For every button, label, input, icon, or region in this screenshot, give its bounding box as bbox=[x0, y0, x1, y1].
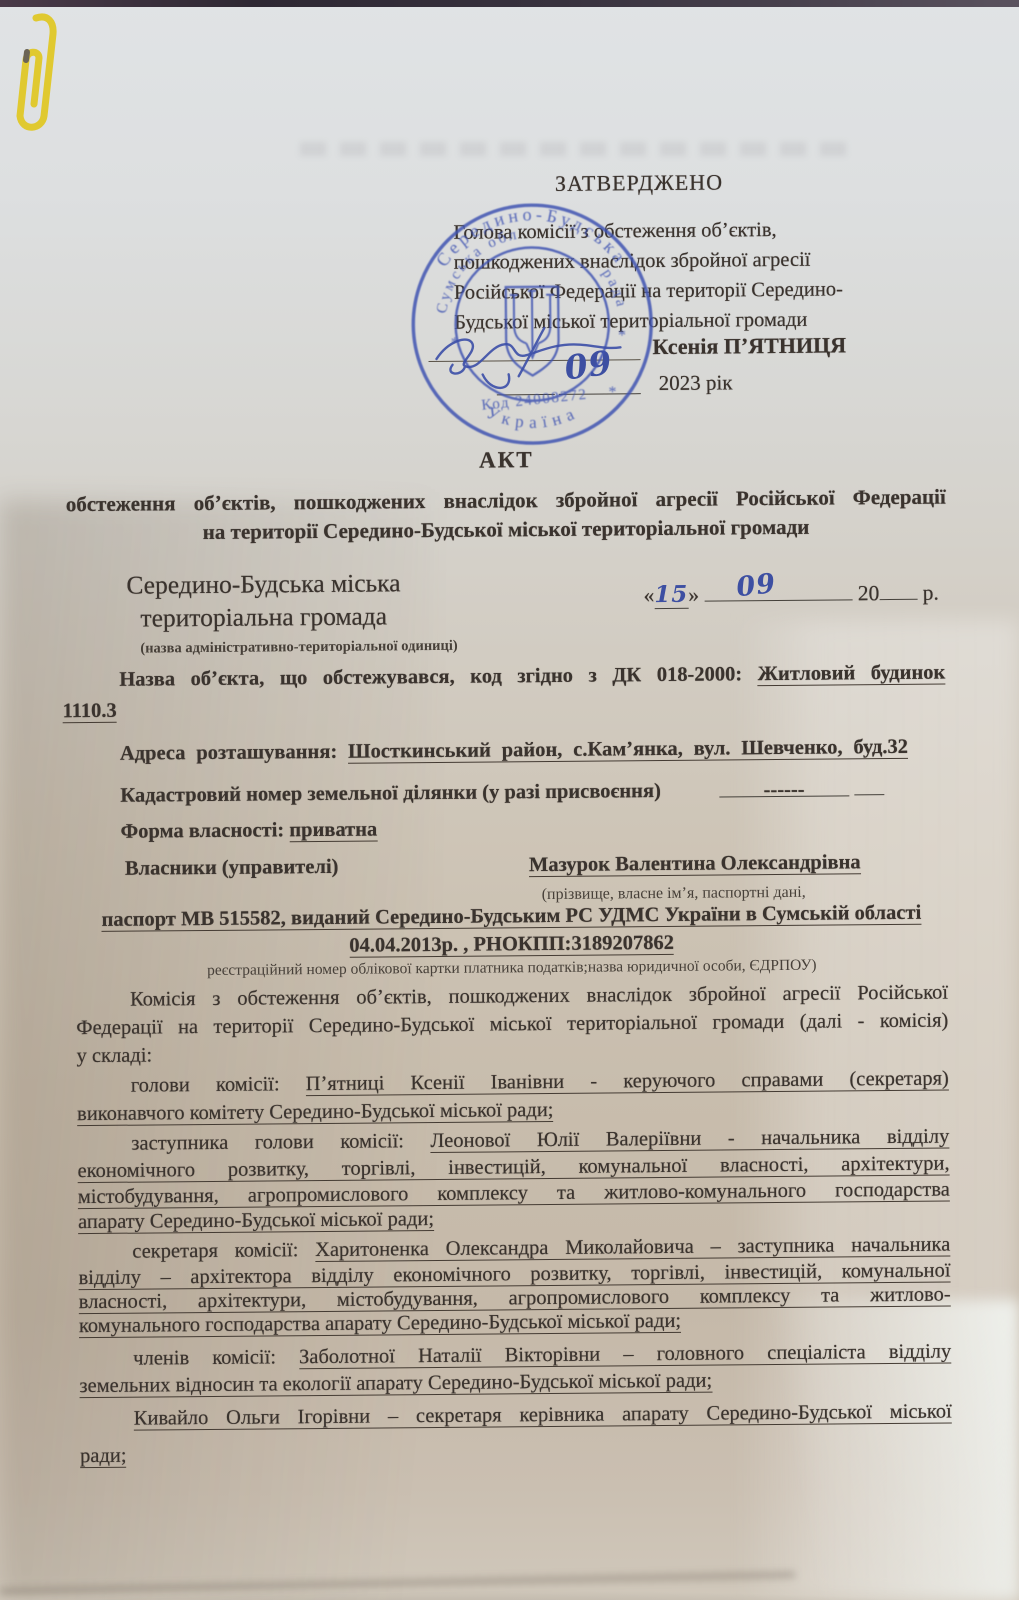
commission-member-line: членів комісії: Заболотної Наталії Вікто… bbox=[79, 1340, 951, 1372]
handwritten-signature bbox=[424, 311, 680, 408]
commission-head-line: голови комісії: П’ятниці Ксенії Іванівни… bbox=[77, 1067, 949, 1099]
document-subtitle-line: на території Середино-Будської міської т… bbox=[66, 514, 946, 546]
commission-deputy-line: заступника голови комісії: Леонової Юлії… bbox=[77, 1125, 949, 1157]
address-value: Шосткинський район, с.Кам’янка, вул. Шев… bbox=[348, 736, 908, 764]
scanned-document-page: ЗАТВЕРДЖЕНО Голова комісії з обстеження … bbox=[0, 0, 1019, 1600]
owners-label: Власники (управителі) bbox=[125, 855, 339, 881]
commission-member-line: земельних відносин та екології апарату С… bbox=[79, 1369, 712, 1399]
month-blank: 09 bbox=[704, 581, 852, 601]
commission-member-line: ради; bbox=[80, 1444, 127, 1468]
quote-close: » bbox=[688, 583, 699, 607]
commission-member-line: Кивайло Ольги Ігорівни – секретаря керів… bbox=[80, 1400, 952, 1432]
address-field: Адреса розташування: Шосткинський район,… bbox=[120, 735, 908, 766]
approval-heading: ЗАТВЕРДЖЕНО bbox=[555, 170, 723, 195]
cadastre-field: Кадастровий номер земельної ділянки (у р… bbox=[120, 776, 884, 808]
commission-deputy-line: містобудування, агропромислового комплек… bbox=[78, 1178, 950, 1210]
signer-name: Ксенія П’ЯТНИЦЯ bbox=[652, 333, 846, 359]
handwritten-month: 09 bbox=[735, 572, 777, 600]
ownership-field: Форма власності: приватна bbox=[121, 817, 378, 843]
community-name-line: територіальна громада bbox=[84, 604, 444, 631]
object-code: 1110.3 bbox=[62, 699, 116, 723]
commission-paragraph-line: Комісія з обстеження об’єктів, пошкоджен… bbox=[76, 981, 948, 1013]
commission-secretary-line: комунального господарства апарату Середи… bbox=[79, 1309, 681, 1338]
ownership-value: приватна bbox=[289, 818, 377, 842]
commission-paragraph-line: у складі: bbox=[76, 1043, 152, 1068]
commission-paragraph-line: Федерації на території Середино-Будської… bbox=[76, 1009, 948, 1041]
community-name-line: Середино-Будська міська bbox=[83, 571, 443, 598]
community-caption: (назва адміністративно-територіальної од… bbox=[54, 633, 544, 661]
act-date-row: «15» 09 20 р. bbox=[643, 581, 938, 608]
passport-line: паспорт МВ 515582, виданий Середино-Будс… bbox=[75, 901, 947, 933]
year-suffix: р. bbox=[923, 581, 939, 605]
address-label: Адреса розташування: bbox=[120, 741, 348, 765]
object-label: Назва об’єкта, що обстежувався, код згід… bbox=[119, 663, 758, 691]
document-content: ЗАТВЕРДЖЕНО Голова комісії з обстеження … bbox=[0, 0, 1019, 1600]
owners-value: Мазурок Валентина Олександрівна bbox=[529, 850, 861, 877]
quote-open: « bbox=[643, 583, 654, 607]
year-prefix: 20 bbox=[858, 581, 880, 605]
commission-head-line: виконавчого комітету Середино-Будської м… bbox=[77, 1098, 554, 1126]
document-title: АКТ bbox=[71, 445, 941, 477]
object-name-field: Назва об’єкта, що обстежувався, код згід… bbox=[119, 661, 945, 692]
year-blank bbox=[879, 581, 917, 600]
document-subtitle-line: обстеження об’єктів, пошкоджених внаслід… bbox=[66, 485, 946, 517]
cadastre-label: Кадастровий номер земельної ділянки (у р… bbox=[120, 780, 661, 807]
object-value: Житловий будинок bbox=[758, 662, 946, 687]
cadastre-value: ------ bbox=[719, 777, 849, 797]
stamp-rada-text: рада bbox=[599, 266, 630, 311]
commission-deputy-line: апарату Середино-Будської міської ради; bbox=[78, 1207, 434, 1234]
handwritten-day: 15 bbox=[654, 581, 688, 609]
cadastre-blank-tail bbox=[854, 776, 884, 795]
ownership-label: Форма власності: bbox=[121, 819, 290, 842]
